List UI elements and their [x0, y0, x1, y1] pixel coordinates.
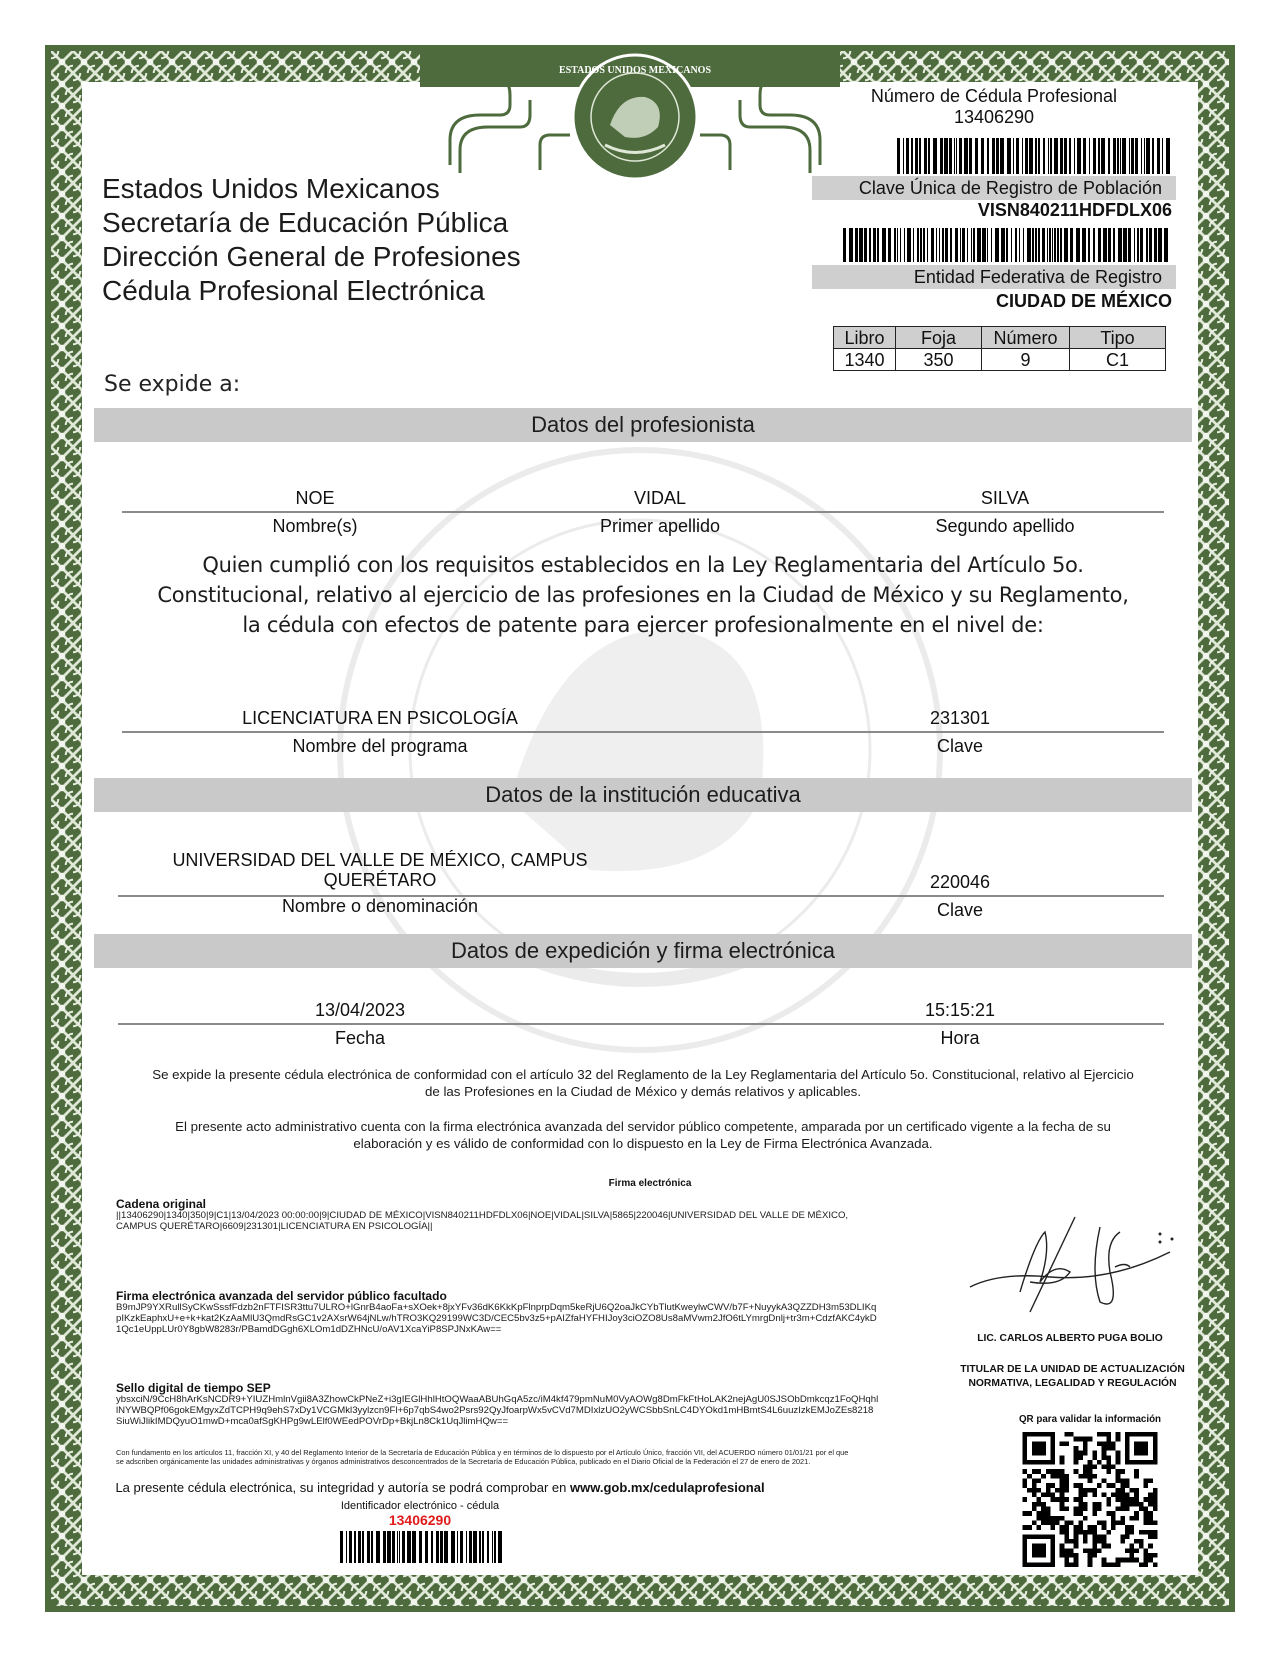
signature-icon — [960, 1212, 1180, 1322]
fecha-label: Fecha — [260, 1026, 460, 1050]
cadena-original-line-1: ||13406290|1340|350|9|C1|13/04/2023 00:0… — [116, 1210, 936, 1221]
divider — [118, 1023, 1164, 1025]
identificador-label: Identificador electrónico - cédula — [300, 1500, 540, 1512]
identificador-value: 13406290 — [300, 1512, 540, 1528]
svg-text:ESTADOS UNIDOS MEXICANOS: ESTADOS UNIDOS MEXICANOS — [559, 65, 712, 76]
segundo-apellido-label: Segundo apellido — [860, 514, 1150, 538]
programa-clave-label: Clave — [880, 734, 1040, 758]
conformidad-line-2: de las Profesiones en la Ciudad de Méxic… — [110, 1083, 1176, 1100]
institucion-nombre-line1: UNIVERSIDAD DEL VALLE DE MÉXICO, CAMPUS — [140, 850, 620, 870]
cadena-original-line-2: CAMPUS QUERÉTARO|6609|231301|LICENCIATUR… — [116, 1221, 936, 1232]
institucion-nombre-label: Nombre o denominación — [140, 894, 620, 918]
cadena-original-block: Cadena original ||13406290|1340|350|9|C1… — [116, 1198, 936, 1232]
segundo-apellido-value: SILVA — [860, 486, 1150, 510]
fecha-value: 13/04/2023 — [260, 998, 460, 1022]
cedula-number-block: Número de Cédula Profesional 13406290 — [812, 86, 1176, 128]
programa-nombre-label: Nombre del programa — [180, 734, 580, 758]
libro-header: Libro — [834, 327, 896, 349]
entidad-label: Entidad Federativa de Registro — [812, 265, 1176, 289]
firma-avanzada-line-1: El presente acto administrativo cuenta c… — [110, 1118, 1176, 1135]
identificador-barcode — [340, 1531, 506, 1563]
entidad-value: CIUDAD DE MÉXICO — [812, 290, 1172, 312]
legal-line-2: Constitucional, relativo al ejercicio de… — [94, 580, 1192, 610]
signer-title-line-1: TITULAR DE LA UNIDAD DE ACTUALIZACIÓN — [955, 1363, 1190, 1377]
issuer-secretariat: Secretaría de Educación Pública — [102, 206, 521, 240]
institucion-clave-value: 220046 — [880, 870, 1040, 894]
hora-label: Hora — [880, 1026, 1040, 1050]
legal-statement: Quien cumplió con los requisitos estable… — [94, 550, 1192, 640]
cedula-number-value: 13406290 — [812, 107, 1176, 128]
foja-value: 350 — [896, 349, 982, 371]
numero-header: Número — [982, 327, 1070, 349]
foja-header: Foja — [896, 327, 982, 349]
issuer-block: Estados Unidos Mexicanos Secretaría de E… — [102, 172, 521, 308]
registry-table: Libro Foja Número Tipo 1340 350 9 C1 — [833, 326, 1166, 371]
signer-title-line-2: NORMATIVA, LEGALIDAD Y REGULACIÓN — [955, 1377, 1190, 1391]
curp-barcode — [843, 228, 1173, 262]
nombre-value: NOE — [170, 486, 460, 510]
curp-value: VISN840211HDFDLX06 — [812, 199, 1172, 221]
firma-servidor-title: Firma electrónica avanzada del servidor … — [116, 1290, 946, 1302]
sello-digital-block: Sello digital de tiempo SEP ybsxciN/9CcH… — [116, 1382, 946, 1427]
cedula-barcode — [897, 138, 1173, 174]
libro-value: 1340 — [834, 349, 896, 371]
verification-link[interactable]: www.gob.mx/cedulaprofesional — [570, 1480, 765, 1495]
divider — [122, 511, 1164, 513]
sello-digital-line-2: lNYWBQPf06gokEMgyxZdTCPH9q9ehS7xDy1VCGMk… — [116, 1405, 946, 1416]
verification-text: La presente cédula electrónica, su integ… — [115, 1480, 570, 1495]
programa-nombre-value: LICENCIATURA EN PSICOLOGÍA — [180, 706, 580, 730]
firma-avanzada-line-2: elaboración y es válido de conformidad c… — [110, 1135, 1176, 1152]
programa-clave-value: 231301 — [880, 706, 1040, 730]
issuer-directorate: Dirección General de Profesiones — [102, 240, 521, 274]
firma-servidor-block: Firma electrónica avanzada del servidor … — [116, 1290, 946, 1335]
national-coat-of-arms-icon: ESTADOS UNIDOS MEXICANOS — [430, 45, 840, 180]
fundamento-line-2: se adscriben orgánicamente las unidades … — [116, 1458, 946, 1467]
qr-label: QR para validar la información — [1000, 1414, 1180, 1425]
institucion-nombre-line2: QUERÉTARO — [140, 870, 620, 890]
verification-note: La presente cédula electrónica, su integ… — [100, 1480, 780, 1495]
document-type: Cédula Profesional Electrónica — [102, 274, 521, 308]
firma-avanzada-paragraph: El presente acto administrativo cuenta c… — [110, 1118, 1176, 1152]
nombre-label: Nombre(s) — [170, 514, 460, 538]
firma-electronica-title: Firma electrónica — [540, 1178, 760, 1189]
conformidad-line-1: Se expide la presente cédula electrónica… — [110, 1066, 1176, 1083]
registry-header-row: Libro Foja Número Tipo — [834, 327, 1166, 349]
se-expide-label: Se expide a: — [104, 372, 240, 397]
hora-value: 15:15:21 — [880, 998, 1040, 1022]
curp-label: Clave Única de Registro de Población — [812, 176, 1176, 200]
institucion-clave-label: Clave — [880, 898, 1040, 922]
numero-value: 9 — [982, 349, 1070, 371]
cedula-number-label: Número de Cédula Profesional — [812, 86, 1176, 107]
signer-name: LIC. CARLOS ALBERTO PUGA BOLIO — [955, 1333, 1185, 1344]
primer-apellido-value: VIDAL — [510, 486, 810, 510]
tipo-header: Tipo — [1070, 327, 1166, 349]
sello-digital-line-1: ybsxciN/9CcH8hArKsNCDR9+YIUZHmlnVgii8A3Z… — [116, 1394, 946, 1405]
divider — [122, 731, 1164, 733]
primer-apellido-label: Primer apellido — [510, 514, 810, 538]
section-institucion: Datos de la institución educativa — [94, 778, 1192, 812]
tipo-value: C1 — [1070, 349, 1166, 371]
signer-title: TITULAR DE LA UNIDAD DE ACTUALIZACIÓN NO… — [955, 1363, 1190, 1391]
firma-servidor-line-2: pIKzkEaphxU+e+k+kat2KzAaMlU3QmdRsGC1v2AX… — [116, 1313, 946, 1324]
sello-digital-line-3: SiuWiJlikIMDQyuO1mwD+mca0afSgKHPg9wLElf0… — [116, 1416, 946, 1427]
registry-value-row: 1340 350 9 C1 — [834, 349, 1166, 371]
institucion-nombre-field: UNIVERSIDAD DEL VALLE DE MÉXICO, CAMPUS … — [140, 850, 620, 918]
legal-line-1: Quien cumplió con los requisitos estable… — [94, 550, 1192, 580]
issuer-country: Estados Unidos Mexicanos — [102, 172, 521, 206]
firma-servidor-line-3: 1Qc1eUppLUr0Y8gbW8283r/PBamdDGgh6XLOm1dD… — [116, 1324, 946, 1335]
sello-digital-title: Sello digital de tiempo SEP — [116, 1382, 946, 1394]
qr-code-icon[interactable] — [1020, 1432, 1160, 1567]
divider — [118, 895, 1164, 897]
legal-line-3: la cédula con efectos de patente para ej… — [94, 610, 1192, 640]
firma-servidor-line-1: B9mJP9YXRullSyCKwSssfFdzb2nFTFISR3ttu7UL… — [116, 1302, 946, 1313]
cadena-original-title: Cadena original — [116, 1198, 936, 1210]
section-profesionista: Datos del profesionista — [94, 408, 1192, 442]
fundamento-legal: Con fundamento en los artículos 11, frac… — [116, 1449, 946, 1466]
section-expedicion: Datos de expedición y firma electrónica — [94, 934, 1192, 968]
conformidad-paragraph: Se expide la presente cédula electrónica… — [110, 1066, 1176, 1100]
